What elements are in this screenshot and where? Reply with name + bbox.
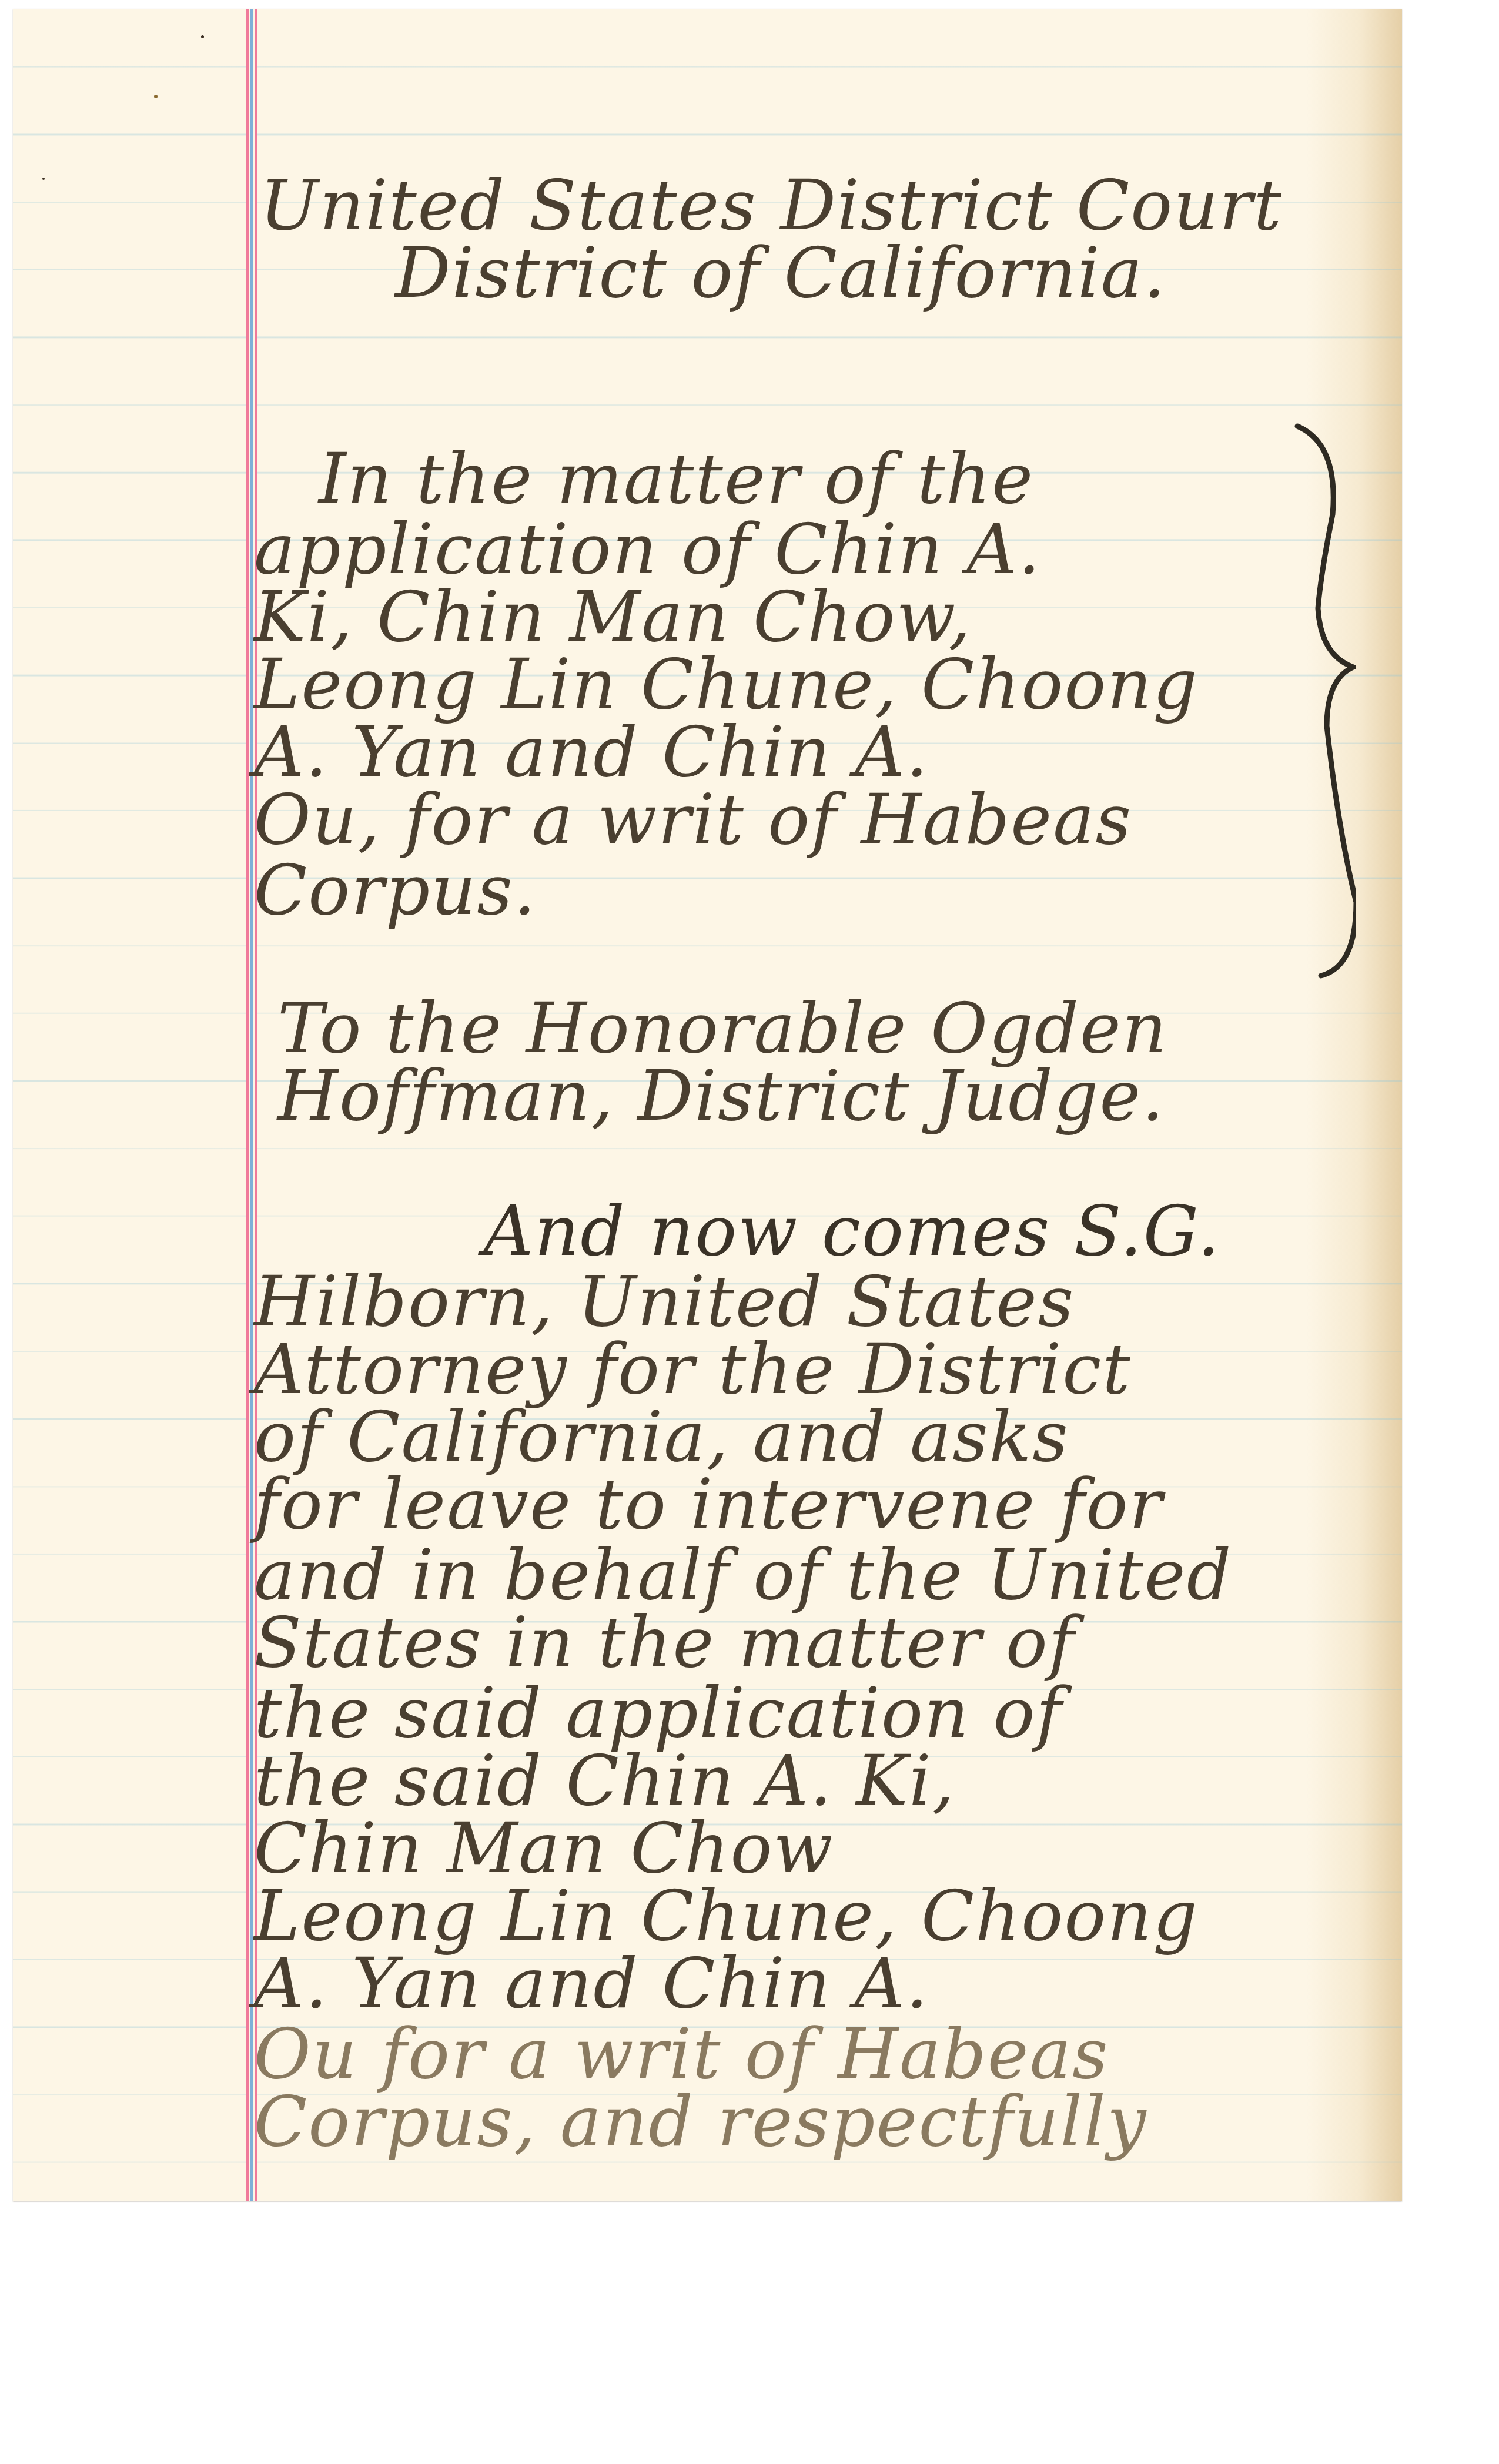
- court-heading-line-1: United States District Court: [260, 170, 1283, 240]
- body-line: Hilborn, United States: [254, 1267, 1075, 1336]
- ink-speck: [42, 178, 45, 180]
- body-line: Leong Lin Chune, Choong: [254, 1881, 1199, 1950]
- body-line: States in the matter of: [254, 1608, 1075, 1677]
- caption-brace-icon: [1286, 420, 1356, 979]
- address-line: Hoffman, District Judge.: [277, 1061, 1165, 1130]
- body-line: A. Yan and Chin A.: [254, 1949, 929, 2018]
- manuscript-page: United States District Court District of…: [13, 9, 1402, 2201]
- caption-line: application of Chin A.: [254, 514, 1042, 584]
- caption-line: Ki, Chin Man Chow,: [254, 582, 972, 651]
- body-line: Ou for a writ of Habeas: [254, 2019, 1109, 2088]
- ink-speck: [201, 35, 204, 38]
- body-line: the said application of: [254, 1678, 1063, 1747]
- ink-speck: [154, 95, 158, 98]
- body-line: And now comes S.G.: [483, 1196, 1220, 1266]
- body-line: for leave to intervene for: [254, 1469, 1163, 1539]
- caption-line: In the matter of the: [319, 444, 1034, 513]
- body-line: Attorney for the District: [254, 1334, 1132, 1404]
- court-heading-line-2: District of California.: [395, 238, 1167, 307]
- body-line: and in behalf of the United: [254, 1540, 1232, 1609]
- caption-line: A. Yan and Chin A.: [254, 717, 929, 786]
- body-line: the said Chin A. Ki,: [254, 1746, 956, 1815]
- caption-line: Leong Lin Chune, Choong: [254, 650, 1199, 719]
- body-line: Chin Man Chow: [254, 1813, 834, 1883]
- body-line: Corpus, and respectfully: [254, 2087, 1147, 2156]
- caption-line: Corpus.: [254, 855, 537, 925]
- caption-line: Ou, for a writ of Habeas: [254, 785, 1132, 854]
- address-line: To the Honorable Ogden: [277, 993, 1168, 1063]
- body-line: of California, and asks: [254, 1402, 1069, 1471]
